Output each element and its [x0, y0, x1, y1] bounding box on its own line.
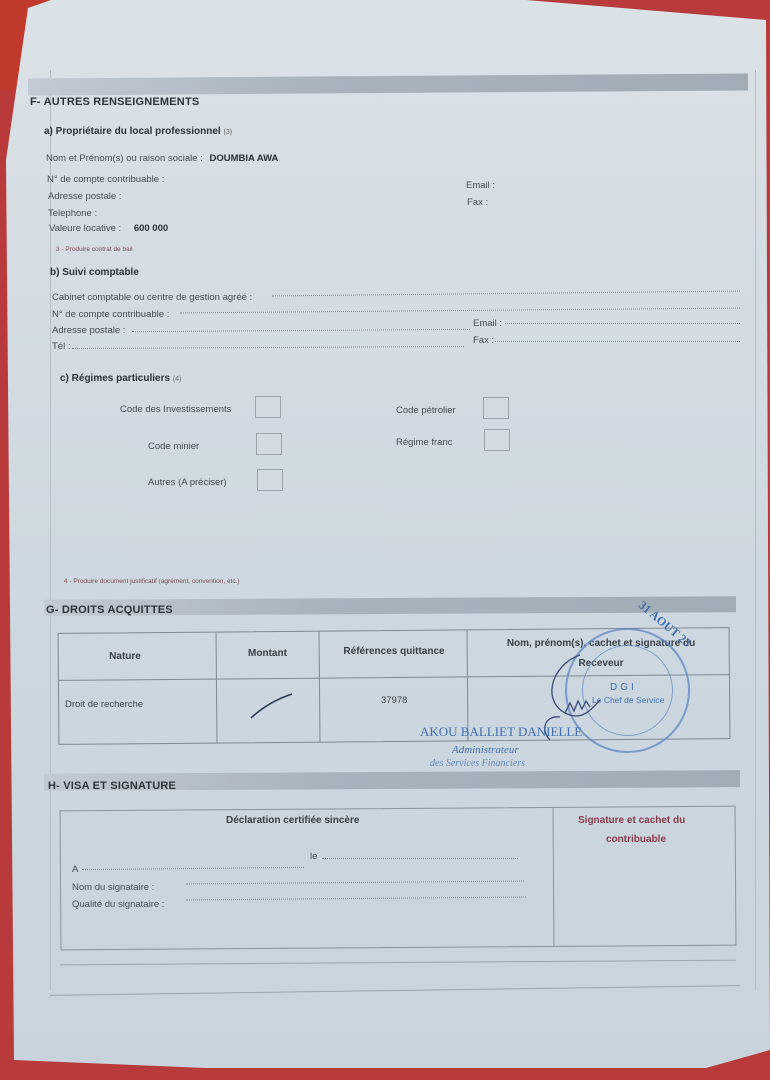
place-label: A: [72, 864, 78, 875]
regime-label-investissements: Code des Investissements: [120, 404, 231, 415]
col-header-references: Références quittance: [324, 646, 464, 657]
signer-name-label: Nom du signataire :: [72, 882, 154, 893]
section-h-title: H- VISA ET SIGNATURE: [48, 780, 176, 792]
owner-address-label: Adresse postale :: [48, 191, 121, 202]
owner-rent-label: Valeure locative :: [49, 223, 121, 234]
col-header-montant: Montant: [220, 648, 315, 659]
accounting-firm-label: Cabinet comptable ou centre de gestion a…: [52, 292, 252, 303]
declaration-title: Déclaration certifiée sincère: [226, 815, 359, 826]
taxpayer-sig-label-1: Signature et cachet du: [578, 815, 685, 826]
accounting-email-field[interactable]: [505, 323, 740, 324]
regime-label-autres: Autres (A préciser): [148, 477, 227, 488]
accounting-email-label: Email :: [473, 318, 502, 329]
regime-checkbox-autres[interactable]: [257, 469, 283, 491]
regimes-subtitle-text: c) Régimes particuliers: [60, 373, 170, 384]
regime-label-petrolier: Code pétrolier: [396, 405, 456, 416]
signer-quality-label: Qualité du signataire :: [72, 899, 164, 910]
cell-nature: Droit de recherche: [65, 699, 143, 710]
owner-subtitle: a) Propriétaire du local professionnel (…: [44, 126, 232, 137]
visa-divider: [553, 808, 555, 946]
accounting-fax-label: Fax :: [473, 335, 494, 346]
owner-note-ref: (3): [224, 129, 233, 136]
owner-name-label: Nom et Prénom(s) ou raison sociale :: [46, 153, 203, 164]
accounting-tel-label: Tél :: [52, 341, 70, 352]
cell-reference: 37978: [381, 695, 407, 706]
owner-phone-label: Telephone :: [48, 208, 97, 219]
owner-rent-row: Valeure locative : 600 000: [49, 223, 168, 234]
date-field[interactable]: [322, 858, 518, 859]
owner-name-value: DOUMBIA AWA: [209, 153, 278, 164]
owner-account-label: N° de compte contribuable :: [47, 174, 164, 185]
section-f-title: F- AUTRES RENSEIGNEMENTS: [30, 96, 199, 108]
taxpayer-sig-label-2: contribuable: [606, 834, 666, 845]
col-header-nature: Nature: [70, 651, 180, 662]
regimes-footnote: 4 - Produire document justificatif (agré…: [64, 578, 240, 585]
regimes-note-ref: (4): [173, 376, 182, 383]
owner-rent-value: 600 000: [134, 223, 168, 234]
owner-fax-label: Fax :: [467, 197, 488, 208]
owner-footnote: 3 - Produire contrat de bail: [56, 246, 133, 253]
stamp-signer-title-2: des Services Financiers: [430, 758, 525, 769]
regime-label-franc: Régime franc: [396, 437, 453, 448]
montant-dash-mark: [248, 690, 296, 722]
stamp-signer-title-1: Administrateur: [452, 744, 519, 756]
regime-checkbox-minier[interactable]: [256, 433, 282, 455]
regime-label-minier: Code minier: [148, 441, 199, 452]
regimes-subtitle: c) Régimes particuliers (4): [60, 373, 181, 384]
owner-subtitle-text: a) Propriétaire du local professionnel: [44, 126, 221, 137]
regime-checkbox-petrolier[interactable]: [483, 397, 509, 419]
regime-checkbox-investissements[interactable]: [255, 396, 281, 418]
accounting-account-label: N° de compte contribuable :: [52, 309, 169, 320]
accounting-fax-field[interactable]: [495, 341, 740, 342]
regime-checkbox-franc[interactable]: [484, 429, 510, 451]
owner-name-row: Nom et Prénom(s) ou raison sociale : DOU…: [46, 153, 278, 164]
date-label: le: [310, 851, 317, 862]
section-g-title: G- DROITS ACQUITTES: [46, 604, 173, 616]
owner-email-label: Email :: [466, 180, 495, 191]
col-divider-2: [319, 632, 321, 742]
visa-table: [60, 806, 737, 951]
stamp-signer-name: AKOU BALLIET DANIELLE: [420, 724, 582, 740]
accounting-subtitle: b) Suivi comptable: [50, 267, 139, 278]
col-divider-1: [216, 633, 218, 743]
accounting-address-label: Adresse postale :: [52, 325, 125, 336]
